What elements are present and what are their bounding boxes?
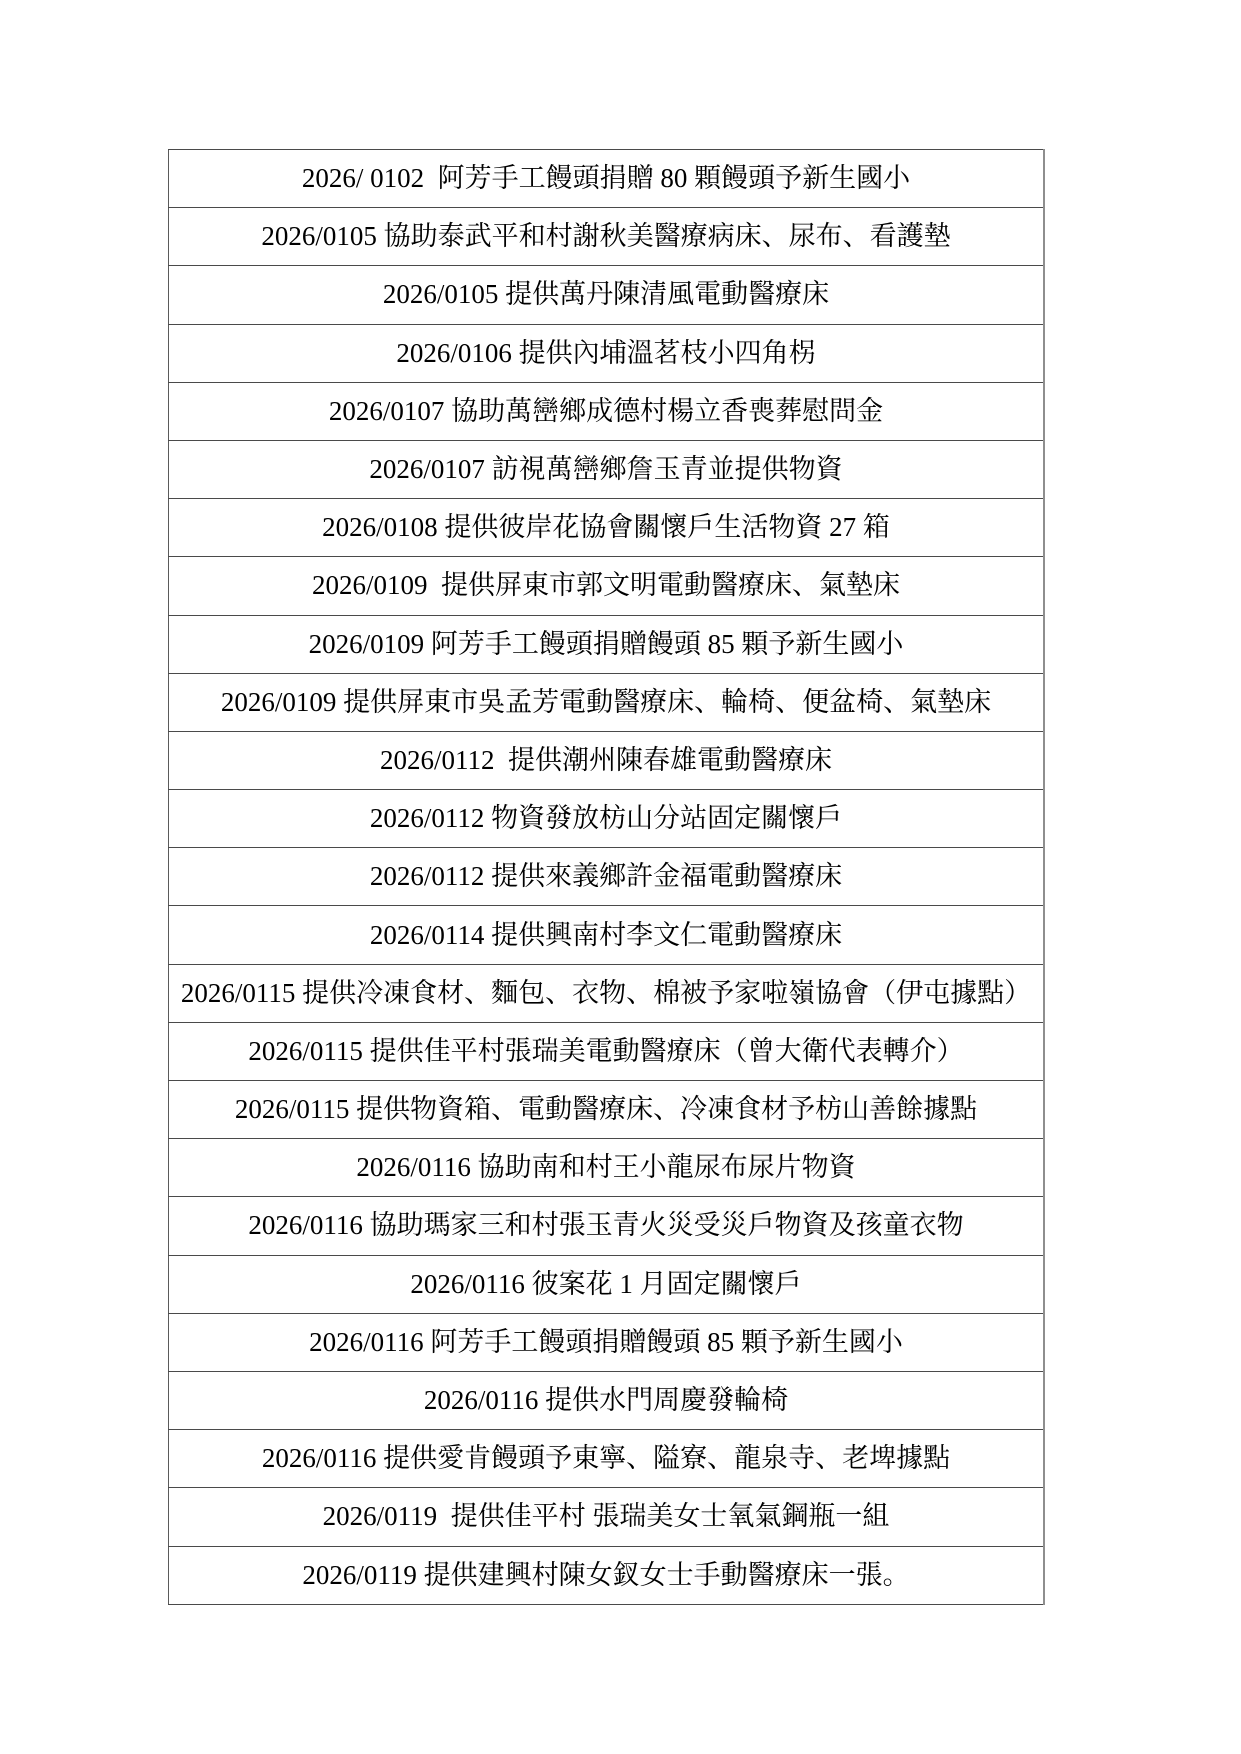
table-row: 2026/0116 提供愛肯饅頭予東寧、隘寮、龍泉寺、老埤據點 — [169, 1430, 1045, 1488]
activity-cell: 2026/0106 提供內埔溫茗枝小四角柺 — [169, 324, 1045, 382]
table-row: 2026/0112 物資發放枋山分站固定關懷戶 — [169, 790, 1045, 848]
table-row: 2026/0119 提供佳平村 張瑞美女士氧氣鋼瓶一組 — [169, 1488, 1045, 1546]
table-row: 2026/0116 提供水門周慶發輪椅 — [169, 1371, 1045, 1429]
table-row: 2026/0105 提供萬丹陳清風電動醫療床 — [169, 266, 1045, 324]
activity-cell: 2026/0115 提供佳平村張瑞美電動醫療床（曾大衛代表轉介） — [169, 1022, 1045, 1080]
table-row: 2026/0116 彼案花 1 月固定關懷戶 — [169, 1255, 1045, 1313]
activity-cell: 2026/0107 協助萬巒鄉成德村楊立香喪葬慰問金 — [169, 382, 1045, 440]
table-row: 2026/0116 協助南和村王小龍尿布尿片物資 — [169, 1139, 1045, 1197]
activity-cell: 2026/0116 提供水門周慶發輪椅 — [169, 1371, 1045, 1429]
activity-log-body: 2026/ 0102 阿芳手工饅頭捐贈 80 顆饅頭予新生國小 2026/010… — [169, 150, 1045, 1605]
table-row: 2026/0112 提供來義鄉許金福電動醫療床 — [169, 848, 1045, 906]
activity-cell: 2026/0115 提供物資箱、電動醫療床、冷凍食材予枋山善餘據點 — [169, 1081, 1045, 1139]
table-row: 2026/0107 協助萬巒鄉成德村楊立香喪葬慰問金 — [169, 382, 1045, 440]
activity-log-table: 2026/ 0102 阿芳手工饅頭捐贈 80 顆饅頭予新生國小 2026/010… — [168, 149, 1045, 1605]
table-row: 2026/0119 提供建興村陳女釵女士手動醫療床一張。 — [169, 1546, 1045, 1604]
activity-cell: 2026/0115 提供冷凍食材、麵包、衣物、棉被予家啦嶺協會（伊屯據點） — [169, 964, 1045, 1022]
activity-cell: 2026/0107 訪視萬巒鄉詹玉青並提供物資 — [169, 440, 1045, 498]
activity-cell: 2026/0116 阿芳手工饅頭捐贈饅頭 85 顆予新生國小 — [169, 1313, 1045, 1371]
table-row: 2026/0115 提供佳平村張瑞美電動醫療床（曾大衛代表轉介） — [169, 1022, 1045, 1080]
table-row: 2026/0112 提供潮州陳春雄電動醫療床 — [169, 731, 1045, 789]
activity-cell: 2026/0116 提供愛肯饅頭予東寧、隘寮、龍泉寺、老埤據點 — [169, 1430, 1045, 1488]
activity-cell: 2026/0109 阿芳手工饅頭捐贈饅頭 85 顆予新生國小 — [169, 615, 1045, 673]
table-row: 2026/0116 阿芳手工饅頭捐贈饅頭 85 顆予新生國小 — [169, 1313, 1045, 1371]
activity-cell: 2026/0114 提供興南村李文仁電動醫療床 — [169, 906, 1045, 964]
activity-cell: 2026/0116 協助瑪家三和村張玉青火災受災戶物資及孩童衣物 — [169, 1197, 1045, 1255]
activity-cell: 2026/0112 物資發放枋山分站固定關懷戶 — [169, 790, 1045, 848]
activity-cell: 2026/0119 提供建興村陳女釵女士手動醫療床一張。 — [169, 1546, 1045, 1604]
activity-cell: 2026/0116 彼案花 1 月固定關懷戶 — [169, 1255, 1045, 1313]
activity-cell: 2026/0116 協助南和村王小龍尿布尿片物資 — [169, 1139, 1045, 1197]
table-row: 2026/0109 阿芳手工饅頭捐贈饅頭 85 顆予新生國小 — [169, 615, 1045, 673]
activity-cell: 2026/0108 提供彼岸花協會關懷戶生活物資 27 箱 — [169, 499, 1045, 557]
table-row: 2026/0107 訪視萬巒鄉詹玉青並提供物資 — [169, 440, 1045, 498]
activity-cell: 2026/0119 提供佳平村 張瑞美女士氧氣鋼瓶一組 — [169, 1488, 1045, 1546]
table-row: 2026/0106 提供內埔溫茗枝小四角柺 — [169, 324, 1045, 382]
table-row: 2026/0115 提供物資箱、電動醫療床、冷凍食材予枋山善餘據點 — [169, 1081, 1045, 1139]
table-row: 2026/0114 提供興南村李文仁電動醫療床 — [169, 906, 1045, 964]
activity-cell: 2026/0112 提供潮州陳春雄電動醫療床 — [169, 731, 1045, 789]
table-row: 2026/0116 協助瑪家三和村張玉青火災受災戶物資及孩童衣物 — [169, 1197, 1045, 1255]
table-row: 2026/0115 提供冷凍食材、麵包、衣物、棉被予家啦嶺協會（伊屯據點） — [169, 964, 1045, 1022]
table-row: 2026/ 0102 阿芳手工饅頭捐贈 80 顆饅頭予新生國小 — [169, 150, 1045, 208]
table-row: 2026/0108 提供彼岸花協會關懷戶生活物資 27 箱 — [169, 499, 1045, 557]
table-row: 2026/0109 提供屏東市郭文明電動醫療床、氣墊床 — [169, 557, 1045, 615]
activity-cell: 2026/ 0102 阿芳手工饅頭捐贈 80 顆饅頭予新生國小 — [169, 150, 1045, 208]
table-row: 2026/0109 提供屏東市吳孟芳電動醫療床、輪椅、便盆椅、氣墊床 — [169, 673, 1045, 731]
activity-cell: 2026/0109 提供屏東市郭文明電動醫療床、氣墊床 — [169, 557, 1045, 615]
activity-cell: 2026/0109 提供屏東市吳孟芳電動醫療床、輪椅、便盆椅、氣墊床 — [169, 673, 1045, 731]
activity-cell: 2026/0105 提供萬丹陳清風電動醫療床 — [169, 266, 1045, 324]
activity-cell: 2026/0112 提供來義鄉許金福電動醫療床 — [169, 848, 1045, 906]
table-row: 2026/0105 協助泰武平和村謝秋美醫療病床、尿布、看護墊 — [169, 208, 1045, 266]
activity-cell: 2026/0105 協助泰武平和村謝秋美醫療病床、尿布、看護墊 — [169, 208, 1045, 266]
